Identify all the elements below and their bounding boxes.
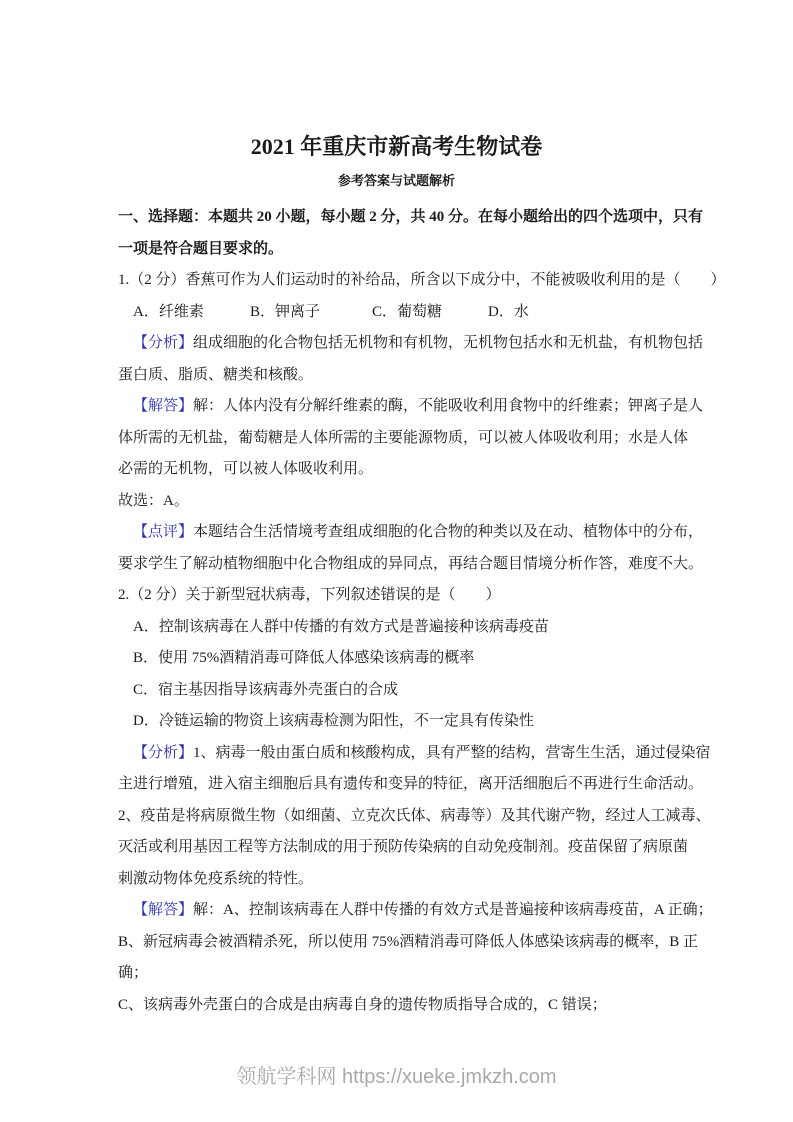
q1-analysis-line-2: 蛋白质、脂质、糖类和核酸。	[118, 360, 680, 392]
q1-answer-line-2: 体所需的无机盐，葡萄糖是人体所需的主要能源物质，可以被人体吸收利用；水是人体	[118, 423, 680, 455]
q2-analysis-line-2: 主进行增殖，进入宿主细胞后具有遗传和变异的特征，离开活细胞后不再进行生命活动。	[118, 769, 680, 801]
q1-answer-line-1: 【解答】解：人体内没有分解纤维素的酶，不能吸收利用食物中的纤维素；钾离子是人	[118, 391, 680, 423]
q1-options-row: A．纤维素 B．钾离子 C．葡萄糖 D．水	[118, 297, 680, 329]
q1-option-c: C．葡萄糖	[372, 297, 488, 329]
section-heading-line-2: 一项是符合题目要求的。	[118, 234, 680, 266]
q1-analysis-line-1: 【分析】组成细胞的化合物包括无机物和有机物，无机物包括水和无机盐，有机物包括	[118, 328, 680, 360]
q2-analysis-line-4: 灭活或利用基因工程等方法制成的用于预防传染病的自动免疫制剂。疫苗保留了病原菌	[118, 832, 680, 864]
q2-answer-line-3: 确；	[118, 958, 680, 990]
q1-analysis-text-1: 组成细胞的化合物包括无机物和有机物，无机物包括水和无机盐，有机物包括	[193, 335, 703, 351]
q1-answer-text-1: 解：人体内没有分解纤维素的酶，不能吸收利用食物中的纤维素；钾离子是人	[193, 398, 703, 414]
q2-option-c: C．宿主基因指导该病毒外壳蛋白的合成	[118, 675, 680, 707]
q2-answer-line-2: B、新冠病毒会被酒精杀死，所以使用 75%酒精消毒可降低人体感染该病毒的概率，B…	[118, 927, 680, 959]
q2-analysis-text-1: 1、病毒一般由蛋白质和核酸构成，具有严整的结构，营寄生生活，通过侵染宿	[193, 745, 711, 761]
q2-stem: 2.（2 分）关于新型冠状病毒，下列叙述错误的是（ ）	[118, 580, 680, 612]
q1-stem: 1.（2 分）香蕉可作为人们运动时的补给品，所含以下成分中，不能被吸收利用的是（…	[118, 265, 680, 297]
q1-option-d: D．水	[488, 297, 529, 329]
q2-option-a: A．控制该病毒在人群中传播的有效方式是普遍接种该病毒疫苗	[118, 612, 680, 644]
q2-answer-text-1: 解：A、控制该病毒在人群中传播的有效方式是普遍接种该病毒疫苗，A 正确；	[193, 902, 713, 918]
document-page: 2021 年重庆市新高考生物试卷 参考答案与试题解析 一、选择题：本题共 20 …	[0, 0, 793, 1122]
analysis-label: 【分析】	[133, 745, 193, 761]
analysis-label: 【分析】	[133, 335, 193, 351]
answer-label: 【解答】	[133, 902, 193, 918]
q2-option-d: D．冷链运输的物资上该病毒检测为阳性，不一定具有传染性	[118, 706, 680, 738]
q2-answer-line-4: C、该病毒外壳蛋白的合成是由病毒自身的遗传物质指导合成的，C 错误；	[118, 990, 680, 1022]
comment-label: 【点评】	[133, 524, 193, 540]
doc-subtitle: 参考答案与试题解析	[0, 172, 793, 190]
q2-option-b: B．使用 75%酒精消毒可降低人体感染该病毒的概率	[118, 643, 680, 675]
q2-answer-line-1: 【解答】解：A、控制该病毒在人群中传播的有效方式是普遍接种该病毒疫苗，A 正确；	[118, 895, 680, 927]
q1-option-a: A．纤维素	[133, 297, 250, 329]
q1-option-b: B．钾离子	[250, 297, 372, 329]
q1-comment-line-2: 要求学生了解动植物细胞中化合物组成的异同点，再结合题目情境分析作答，难度不大。	[118, 549, 680, 581]
footer-watermark: 领航学科网 https://xueke.jmkzh.com	[0, 1064, 793, 1090]
section-heading-line-1: 一、选择题：本题共 20 小题，每小题 2 分，共 40 分。在每小题给出的四个…	[118, 202, 680, 234]
doc-body: 一、选择题：本题共 20 小题，每小题 2 分，共 40 分。在每小题给出的四个…	[118, 202, 680, 1021]
q2-analysis-line-3: 2、疫苗是将病原微生物（如细菌、立克次氏体、病毒等）及其代谢产物，经过人工减毒、	[118, 801, 680, 833]
doc-title: 2021 年重庆市新高考生物试卷	[0, 133, 793, 161]
q1-comment-text-1: 本题结合生活情境考查组成细胞的化合物的种类以及在动、植物体中的分布，	[193, 524, 703, 540]
q2-analysis-line-1: 【分析】1、病毒一般由蛋白质和核酸构成，具有严整的结构，营寄生生活，通过侵染宿	[118, 738, 680, 770]
q1-conclusion: 故选：A。	[118, 486, 680, 518]
answer-label: 【解答】	[133, 398, 193, 414]
q1-comment-line-1: 【点评】本题结合生活情境考查组成细胞的化合物的种类以及在动、植物体中的分布，	[118, 517, 680, 549]
q1-answer-line-3: 必需的无机物，可以被人体吸收利用。	[118, 454, 680, 486]
q2-analysis-line-5: 刺激动物体免疫系统的特性。	[118, 864, 680, 896]
